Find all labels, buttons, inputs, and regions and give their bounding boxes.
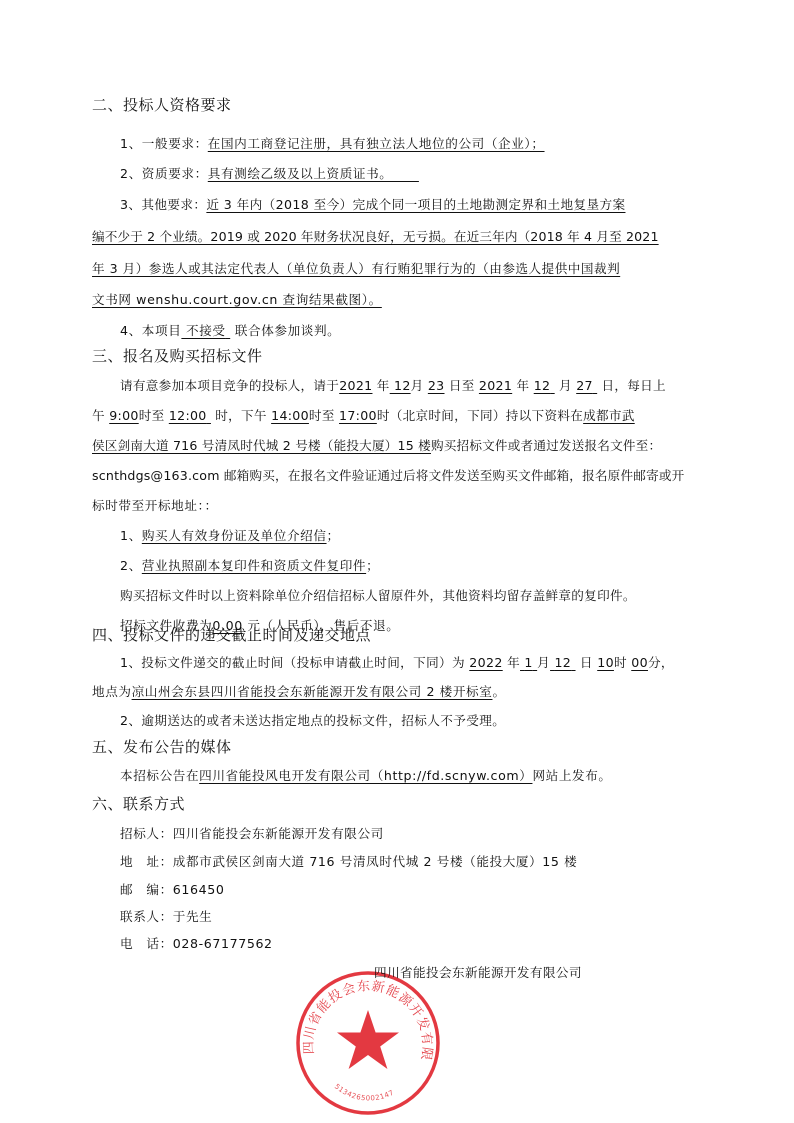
official-seal-icon: 四川省能投会东新能源开发有限公司 5134265002147 xyxy=(293,968,443,1118)
requirement-qualification: 2、资质要求：具有测绘乙级及以上资质证书。 xyxy=(120,165,419,183)
contact-value: 于先生 xyxy=(173,909,213,924)
registration-intro-line3: 侯区剑南大道 716 号清凤时代城 2 号楼（能投大厦）15 楼购买招标文件或者… xyxy=(92,437,661,455)
requirement-label: 1、一般要求： xyxy=(120,136,208,151)
consortium-value: 不接受 xyxy=(181,323,230,338)
end-day: 27 xyxy=(576,378,597,393)
contact-person: 联系人：于先生 xyxy=(120,908,212,926)
contact-label: 邮 编： xyxy=(120,882,173,897)
purchase-address-part1: 成都市武 xyxy=(583,408,635,423)
deadline-year: 2022 xyxy=(469,655,502,670)
am-start-time: 9:00 xyxy=(109,408,138,423)
registration-email-line: scnthdgs@163.com 邮箱购买，在报名文件验证通过后将文件发送至购买… xyxy=(92,467,684,485)
contact-value: 成都市武侯区剑南大道 716 号清凤时代城 2 号楼（能投大厦）15 楼 xyxy=(173,854,578,869)
contact-label: 电 话： xyxy=(120,936,173,951)
document-retention-note: 购买招标文件时以上资料除单位介绍信招标人留原件外，其他资料均留存盖鲜章的复印件。 xyxy=(120,587,636,605)
deadline-hour: 10 xyxy=(597,655,614,670)
purchase-address-part2: 侯区剑南大道 716 号清凤时代城 2 号楼（能投大厦）15 楼 xyxy=(92,438,431,453)
pm-start-time: 14:00 xyxy=(271,408,309,423)
requirement-general: 1、一般要求：在国内工商登记注册，具有独立法人地位的公司（企业）； xyxy=(120,135,545,153)
section-heading-submission: 四、投标文件的递交截止时间及递交地点 xyxy=(92,626,371,644)
contact-value: 616450 xyxy=(173,882,225,897)
end-year: 2021 xyxy=(479,378,512,393)
contact-postcode: 邮 编：616450 xyxy=(120,881,224,899)
submission-place-line: 地点为凉山州会东县四川省能投会东新能源开发有限公司 2 楼开标室。 xyxy=(92,683,506,701)
required-doc-2: 2、营业执照副本复印件和资质文件复印件； xyxy=(120,557,379,575)
section-heading-media: 五、发布公告的媒体 xyxy=(92,738,232,756)
section-heading-contact: 六、联系方式 xyxy=(92,795,185,813)
start-month: 12 xyxy=(390,378,411,393)
contact-label: 联系人： xyxy=(120,909,173,924)
section-heading-qualifications: 二、投标人资格要求 xyxy=(92,96,232,114)
contact-value: 四川省能投会东新能源开发有限公司 xyxy=(173,826,384,841)
contact-tenderer: 招标人：四川省能投会东新能源开发有限公司 xyxy=(120,825,384,843)
requirement-value: 具有测绘乙级及以上资质证书。 xyxy=(208,166,393,181)
requirement-other-line3: 年 3 月）参选人或其法定代表人（单位负责人）有行贿犯罪行为的（由参选人提供中国… xyxy=(92,260,620,278)
requirement-label: 2、资质要求： xyxy=(120,166,208,181)
deadline-minute: 00 xyxy=(631,655,648,670)
publication-media: 本招标公告在四川省能投风电开发有限公司（http://fd.scnyw.com）… xyxy=(120,767,612,785)
submission-place: 凉山州会东县四川省能投会东新能源开发有限公司 2 楼开标室 xyxy=(132,684,493,699)
required-doc-1: 1、购买人有效身份证及单位介绍信； xyxy=(120,527,340,545)
requirement-other-line4: 文书网 wenshu.court.gov.cn 查询结果截图）。 xyxy=(92,291,382,309)
registration-intro-line5: 标时带至开标地址：： xyxy=(92,497,218,515)
contact-label: 地 址： xyxy=(120,854,173,869)
requirement-label: 3、其他要求： xyxy=(120,197,206,212)
deadline-day: 12 xyxy=(550,655,575,670)
contact-address: 地 址：成都市武侯区剑南大道 716 号清凤时代城 2 号楼（能投大厦）15 楼 xyxy=(120,853,577,871)
requirement-other-line1: 3、其他要求：近 3 年内（2018 至今）完成个同一项目的土地勘测定界和土地复… xyxy=(120,196,625,214)
late-submission-note: 2、逾期送达的或者未送达指定地点的投标文件，招标人不予受理。 xyxy=(120,712,505,730)
start-day: 23 xyxy=(428,378,445,393)
submission-deadline-line1: 1、投标文件递交的截止时间（投标申请截止时间，下同）为 2022 年 1 月 1… xyxy=(120,654,674,672)
requirement-value: 在国内工商登记注册，具有独立法人地位的公司（企业）； xyxy=(208,136,545,151)
deadline-month: 1 xyxy=(520,655,537,670)
seal-number: 5134265002147 xyxy=(333,1082,396,1102)
contact-label: 招标人： xyxy=(120,826,173,841)
media-link[interactable]: 四川省能投风电开发有限公司（http://fd.scnyw.com） xyxy=(199,768,532,783)
start-year: 2021 xyxy=(339,378,372,393)
contact-value: 028-67177562 xyxy=(173,936,273,951)
section-heading-registration: 三、报名及购买招标文件 xyxy=(92,347,263,365)
end-month: 12 xyxy=(534,378,555,393)
requirement-other-line2: 编不少于 2 个业绩。2019 或 2020 年财务状况良好，无亏损。在近三年内… xyxy=(92,228,659,246)
registration-intro-line1: 请有意参加本项目竞争的投标人，请于2021 年 12月 23 日至 2021 年… xyxy=(120,377,666,395)
am-end-time: 12:00 xyxy=(169,408,211,423)
signature-company: 四川省能投会东新能源开发有限公司 xyxy=(374,962,582,981)
requirement-consortium: 4、本项目 不接受 联合体参加谈判。 xyxy=(120,322,340,340)
contact-phone: 电 话：028-67177562 xyxy=(120,935,273,953)
registration-intro-line2: 午 9:00时至 12:00 时，下午 14:00时至 17:00时（北京时间，… xyxy=(92,407,635,425)
svg-text:5134265002147: 5134265002147 xyxy=(333,1082,396,1102)
pm-end-time: 17:00 xyxy=(339,408,377,423)
